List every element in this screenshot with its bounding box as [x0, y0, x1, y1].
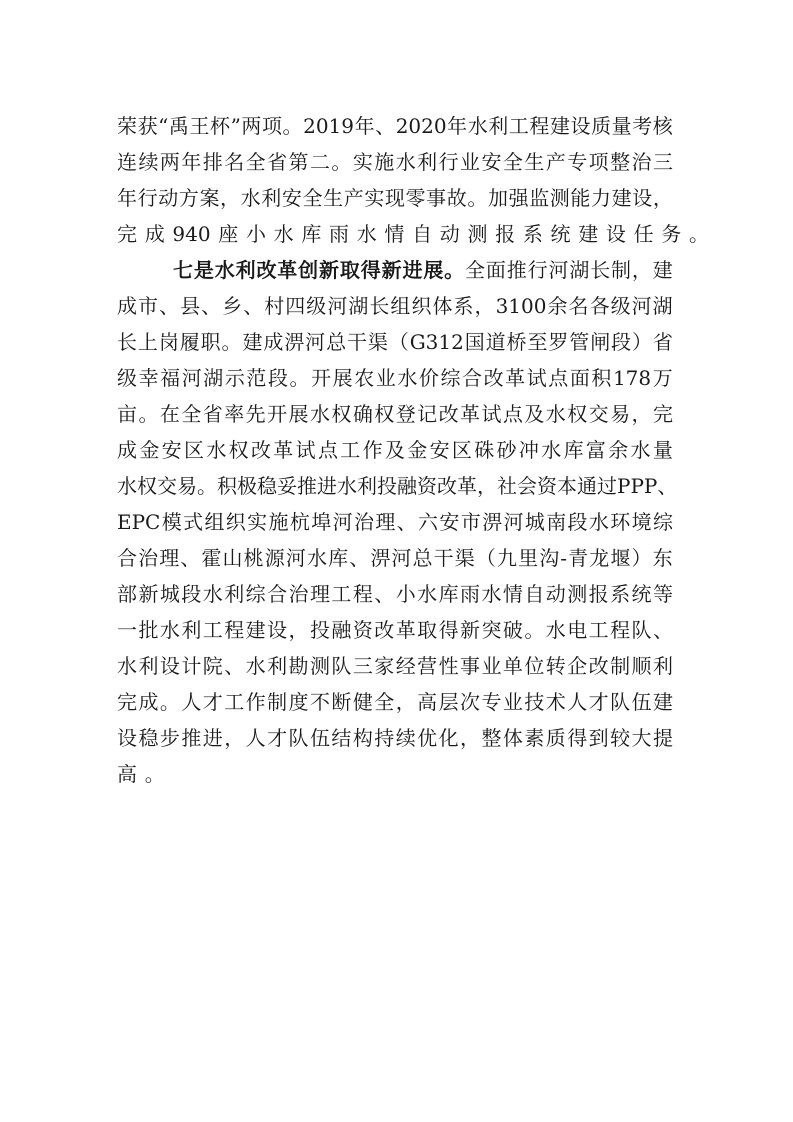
- paragraph: 荣获“禹王杯”两项。2019年、2020年水利工程建设质量考核连续两年排名全省第…: [117, 108, 673, 252]
- text-line: 完成940座小水库雨水情自动测报系统建设任务。: [117, 216, 673, 252]
- text-line: 荣获“禹王杯”两项。2019年、2020年水利工程建设质量考核: [117, 108, 673, 144]
- text-line: EPC模式组织实施杭埠河治理、六安市淠河城南段水环境综: [117, 504, 673, 540]
- document-page: 荣获“禹王杯”两项。2019年、2020年水利工程建设质量考核连续两年排名全省第…: [117, 108, 673, 792]
- text-line: 完成。人才工作制度不断健全，高层次专业技术人才队伍建: [117, 684, 673, 720]
- text-line: 连续两年排名全省第二。实施水利行业安全生产专项整治三: [117, 144, 673, 180]
- text-line: 七是水利改革创新取得新进展。全面推行河湖长制，建: [117, 252, 673, 288]
- text-line: 年行动方案，水利安全生产实现零事故。加强监测能力建设，: [117, 180, 673, 216]
- paragraph: 七是水利改革创新取得新进展。全面推行河湖长制，建成市、县、乡、村四级河湖长组织体…: [117, 252, 673, 792]
- text-line: 成市、县、乡、村四级河湖长组织体系，3100余名各级河湖: [117, 288, 673, 324]
- text-line: 亩。在全省率先开展水权确权登记改革试点及水权交易，完: [117, 396, 673, 432]
- text-line: 级幸福河湖示范段。开展农业水价综合改革试点面积178万: [117, 360, 673, 396]
- text-line: 长上岗履职。建成淠河总干渠（G312国道桥至罗管闸段）省: [117, 324, 673, 360]
- text-line: 合治理、霍山桃源河水库、淠河总干渠（九里沟-青龙堰）东: [117, 540, 673, 576]
- text-line: 设稳步推进，人才队伍结构持续优化，整体素质得到较大提: [117, 720, 673, 756]
- text-line: 水权交易。积极稳妥推进水利投融资改革，社会资本通过PPP、: [117, 468, 673, 504]
- text-line: 高。: [117, 756, 673, 792]
- text-line: 水利设计院、水利勘测队三家经营性事业单位转企改制顺利: [117, 648, 673, 684]
- text-line: 成金安区水权改革试点工作及金安区硃砂冲水库富余水量: [117, 432, 673, 468]
- text-line: 部新城段水利综合治理工程、小水库雨水情自动测报系统等: [117, 576, 673, 612]
- text-line: 一批水利工程建设，投融资改革取得新突破。水电工程队、: [117, 612, 673, 648]
